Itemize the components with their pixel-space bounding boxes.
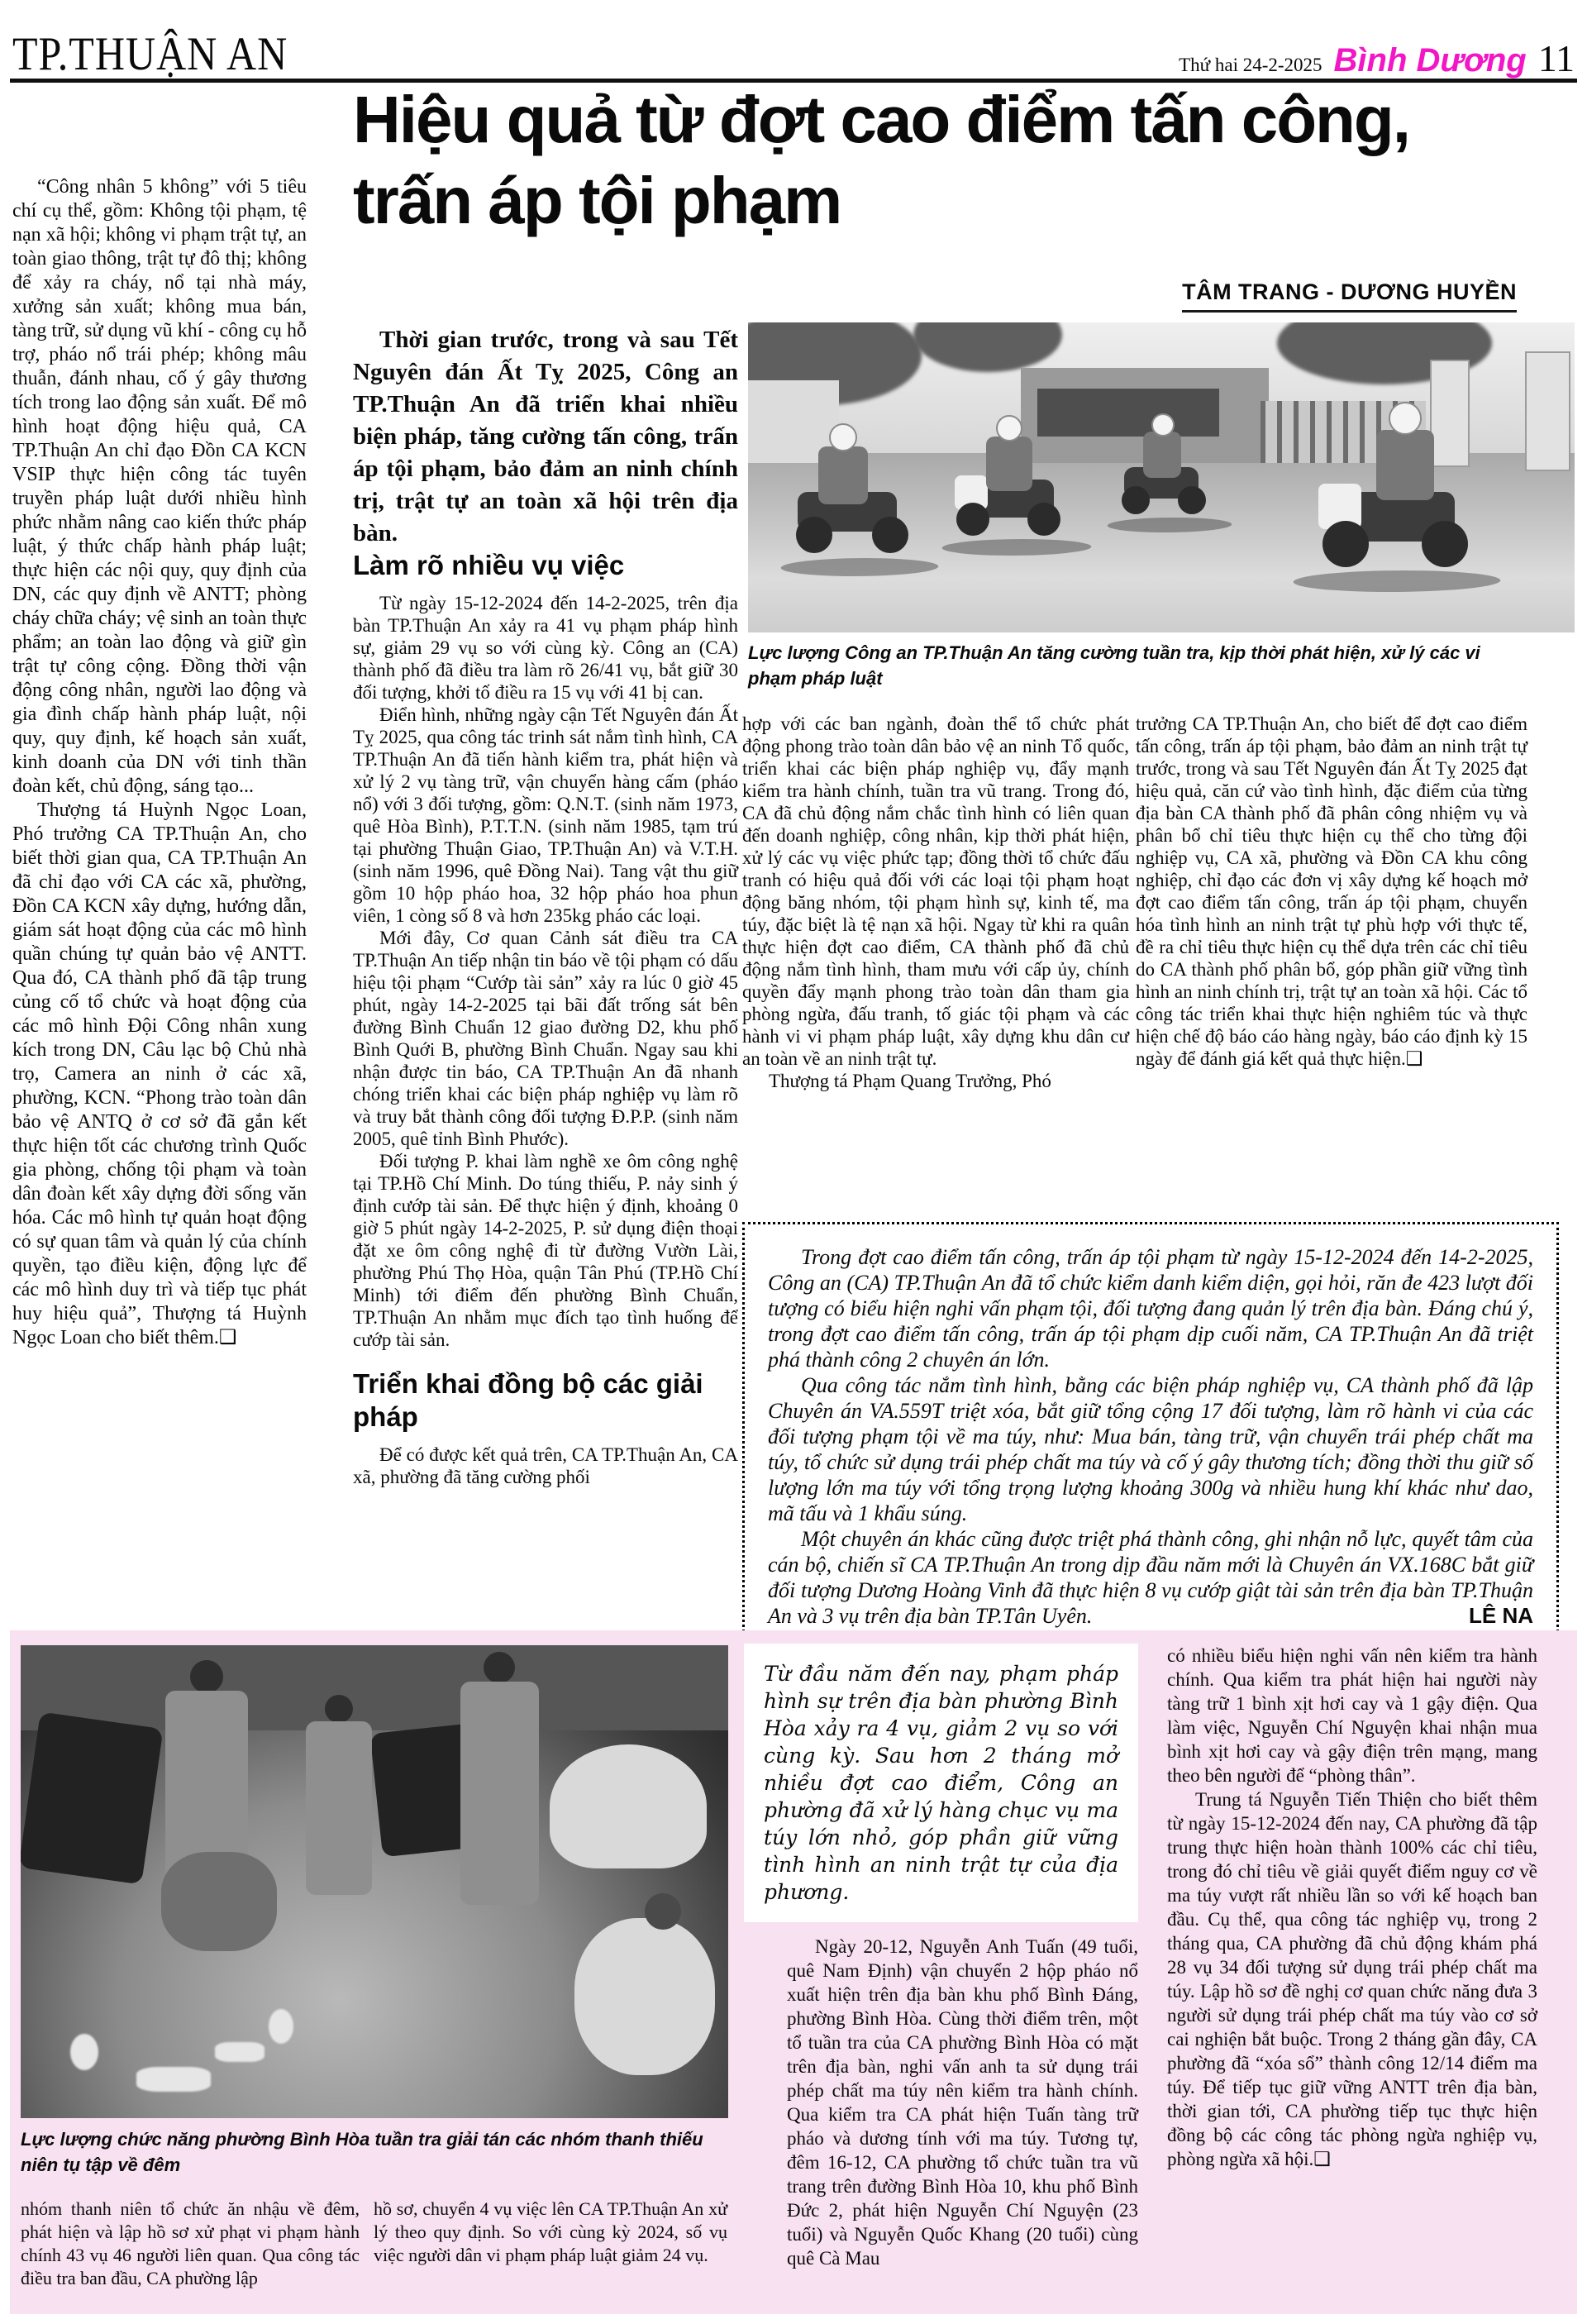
photo-rider [986, 437, 1032, 491]
photo-cup [70, 2034, 98, 2070]
bottom-photo [21, 1645, 728, 2118]
issue-date: Thứ hai 24-2-2025 [1179, 55, 1322, 76]
photo-figure-head [484, 1652, 515, 1683]
sidebar-paragraph: “Công nhân 5 không” với 5 tiêu chí cụ th… [12, 175, 307, 799]
lead-paragraph: Thời gian trước, trong và sau Tết Nguyên… [353, 324, 738, 550]
bottom-lead-paragraph: Từ đầu năm đến nay, phạm pháp hình sự tr… [764, 1660, 1118, 1906]
main-photo-caption: Lực lượng Công an TP.Thuận An tăng cường… [748, 640, 1508, 691]
photo-rider-helmet [829, 423, 857, 451]
photo-wheel [1122, 486, 1150, 514]
article-paragraph: Ngày 20-12, Nguyễn Anh Tuấn (49 tuổi, qu… [787, 1935, 1138, 2270]
photo-crouching-figure [550, 1744, 707, 1868]
photo-wheel [956, 503, 989, 536]
photo-motorcycle [21, 1711, 163, 1884]
photo-wheel [1322, 521, 1369, 567]
section-title: TP.THUẬN AN [12, 26, 288, 81]
main-headline-line1: Hiệu quả từ đợt cao điểm tấn công, [353, 79, 1409, 160]
photo-litter [136, 2067, 211, 2092]
bottom-middle-column: Ngày 20-12, Nguyễn Anh Tuấn (49 tuổi, qu… [787, 1935, 1138, 2270]
photo-rider [1143, 432, 1181, 478]
article-paragraph: hợp với các ban ngành, đoàn thể tổ chức … [742, 713, 1129, 1070]
photo-wheel [796, 517, 832, 553]
section-heading-1: Làm rõ nhiều vụ việc [353, 549, 738, 582]
article-paragraph: Đối tượng P. khai làm nghề xe ôm công ng… [353, 1150, 738, 1351]
article-column-3: hợp với các ban ngành, đoàn thể tổ chức … [742, 713, 1129, 1092]
bottom-left-column-a: nhóm thanh niên tổ chức ăn nhậu về đêm, … [21, 2198, 360, 2290]
photo-gate-pillar [1525, 351, 1570, 471]
bottom-right-column: có nhiều biểu hiện nghi vấn nên kiểm tra… [1167, 1644, 1537, 2171]
photo-rider [1376, 430, 1434, 500]
main-photo [748, 322, 1575, 632]
masthead-right: Thứ hai 24-2-2025 Bình Dương 11 [1179, 36, 1575, 80]
photo-figure-head [645, 1893, 681, 1930]
photo-gate-pillar [1430, 360, 1470, 467]
article-paragraph: Từ ngày 15-12-2024 đến 14-2-2025, trên đ… [353, 592, 738, 704]
article-paragraph: có nhiều biểu hiện nghi vấn nên kiểm tra… [1167, 1644, 1537, 1787]
sidebar-column: “Công nhân 5 không” với 5 tiêu chí cụ th… [12, 175, 307, 1350]
photo-rider-helmet [1389, 402, 1422, 435]
photo-figure-head [325, 1695, 353, 1723]
article-paragraph: Trung tá Nguyễn Tiến Thiện cho biết thêm… [1167, 1787, 1537, 2171]
article-paragraph: Để có được kết quả trên, CA TP.Thuận An,… [353, 1444, 738, 1488]
boxed-paragraph: Qua công tác nắm tình hình, bằng các biệ… [768, 1372, 1533, 1526]
article-paragraph: trưởng CA TP.Thuận An, cho biết để đợt c… [1136, 713, 1527, 1070]
photo-figure-head [190, 1660, 223, 1693]
photo-rider-helmet [1151, 413, 1175, 437]
section-heading-2: Triển khai đồng bộ các giải pháp [353, 1367, 738, 1434]
photo-rider-helmet [996, 415, 1022, 441]
boxed-paragraph: Trong đợt cao điểm tấn công, trấn áp tội… [768, 1244, 1533, 1372]
bottom-left-column-b: hồ sơ, chuyển 4 vụ việc lên CA TP.Thuận … [374, 2198, 727, 2267]
newspaper-page: TP.THUẬN AN Thứ hai 24-2-2025 Bình Dương… [0, 0, 1587, 2324]
photo-figure [460, 1682, 539, 1905]
page-number: 11 [1538, 36, 1575, 80]
photo-wheel [1178, 486, 1206, 514]
photo-figure [306, 1721, 372, 1895]
photo-wheel [1422, 521, 1468, 567]
article-column-2: Làm rõ nhiều vụ việc Từ ngày 15-12-2024 … [353, 549, 738, 1488]
photo-crouching-figure [574, 1918, 715, 2075]
article-paragraph: nhóm thanh niên tổ chức ăn nhậu về đêm, … [21, 2198, 360, 2290]
brand-logo: Bình Dương [1334, 42, 1527, 79]
article-paragraph: hồ sơ, chuyển 4 vụ việc lên CA TP.Thuận … [374, 2198, 727, 2267]
photo-wall [21, 1645, 728, 1730]
sidebar-paragraph: Thượng tá Huỳnh Ngọc Loan, Phó trưởng CA… [12, 799, 307, 1350]
photo-bending-figure [161, 1852, 277, 1951]
photo-sign [1037, 389, 1219, 437]
article-column-4: trưởng CA TP.Thuận An, cho biết để đợt c… [1136, 713, 1527, 1070]
bottom-lead-box: Từ đầu năm đến nay, phạm pháp hình sự tr… [744, 1644, 1138, 1922]
photo-cup [269, 2009, 293, 2044]
byline-row: TÂM TRANG - DƯƠNG HUYỀN [353, 279, 1517, 313]
bottom-photo-caption: Lực lượng chức năng phường Bình Hòa tuần… [21, 2126, 728, 2178]
main-headline-line2: trấn áp tội phạm [353, 160, 841, 241]
article-paragraph: Điển hình, những ngày cận Tết Nguyên đán… [353, 704, 738, 927]
boxed-article: Trong đợt cao điểm tấn công, trấn áp tội… [742, 1222, 1559, 1648]
article-paragraph: Mới đây, Cơ quan Cảnh sát điều tra CA TP… [353, 927, 738, 1150]
photo-rider [818, 446, 868, 504]
author-byline: TÂM TRANG - DƯƠNG HUYỀN [1182, 279, 1517, 313]
photo-wheel [1027, 503, 1060, 536]
photo-wheel [872, 517, 908, 553]
photo-litter [215, 2042, 264, 2062]
article-paragraph: Thượng tá Phạm Quang Trưởng, Phó [742, 1070, 1129, 1092]
